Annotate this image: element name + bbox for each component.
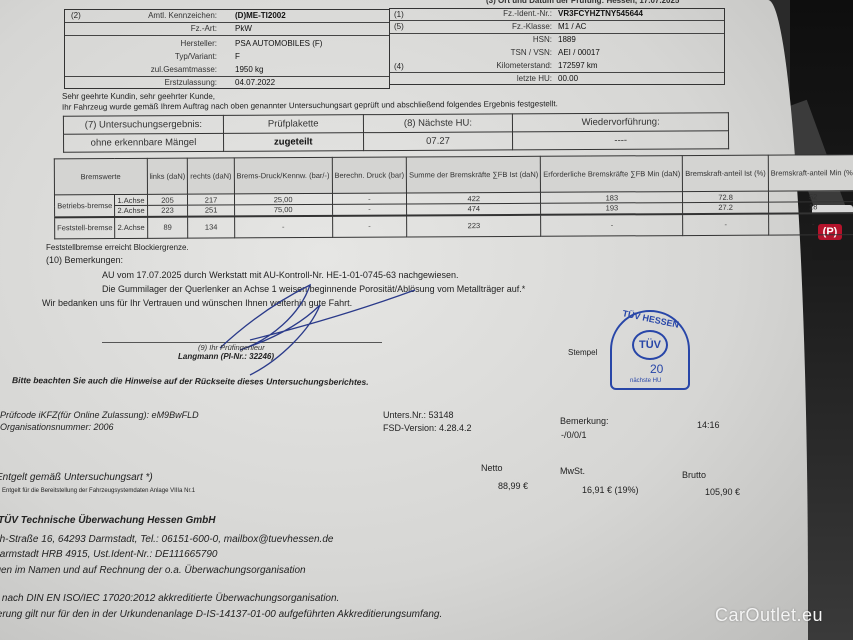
inspection-number: Unters.Nr.: 53148 — [383, 410, 454, 420]
signature-role: (9) Ihr Prüfingenieur — [198, 343, 265, 352]
fee-title: Entgelt gemäß Untersuchungsart *) — [0, 472, 153, 483]
brake-cell: 72.8 — [683, 191, 768, 202]
section-number: (1) — [394, 10, 404, 19]
gross-weight-label: zul.Gesamtmasse: — [151, 65, 217, 74]
vehicle-data-left: (2) Amtl. Kennzeichen: (D)ME-TI2002 Fz.-… — [64, 9, 390, 89]
stamp-label: Stempel — [568, 348, 597, 357]
section-number: (5) — [394, 22, 404, 31]
axle-cell: 1.Achse — [115, 194, 147, 205]
stamp-number: 20 — [650, 362, 663, 376]
gross-weight-value: 1950 kg — [235, 65, 263, 74]
brake-cell: - — [541, 214, 683, 237]
inspection-report: (3) Ort und Datum der Prüfung: Hessen, 1… — [0, 0, 808, 640]
sticker-header: Prüfplakette — [223, 115, 363, 134]
result-header: (7) Untersuchungsergebnis: — [63, 115, 223, 134]
vin-label: Fz.-Ident.-Nr.: — [503, 9, 552, 18]
agency-note: Prüfungen erfolgen im Namen und auf Rech… — [0, 565, 306, 576]
brake-cell: 89 — [147, 216, 188, 238]
brake-cell: 75,00 — [234, 204, 332, 216]
odometer-value: 172597 km — [558, 61, 598, 70]
vehicle-class-label: Fz.-Klasse: — [512, 22, 552, 31]
manufacturer-value: PSA AUTOMOBILES (F) — [235, 39, 322, 48]
remarks-title: (10) Bemerkungen: — [46, 255, 123, 265]
brake-cell: 134 — [188, 216, 234, 238]
brake-note: Feststellbremse erreicht Blockiergrenze. — [46, 243, 189, 252]
brake-cell: 223 — [407, 214, 541, 237]
section-number: (2) — [71, 11, 81, 20]
company-register: Amtsgericht Darmstadt HRB 4915, Ust.Iden… — [0, 549, 218, 560]
fsd-version: FSD-Version: 4.28.4.2 — [383, 423, 472, 433]
org-number: Organisationsnummer: 2006 — [0, 422, 114, 432]
plate-value: (D)ME-TI2002 — [235, 11, 286, 20]
result-table: (7) Untersuchungsergebnis: Prüfplakette … — [63, 112, 729, 152]
reinspection-value: ---- — [513, 131, 729, 150]
next-hu-value: 07.27 — [363, 132, 513, 151]
tuv-logo-icon: TÜV — [632, 330, 668, 360]
accreditation-line: Durch die DAkkS nach DIN EN ISO/IEC 1702… — [0, 593, 339, 604]
brake-col-header: Bremswerte — [54, 158, 147, 194]
brake-col-header: rechts (daN) — [188, 158, 234, 194]
tuv-stamp: TÜV HESSEN TÜV 20 nächste HU — [610, 310, 690, 390]
brake-col-header: Erforderliche Bremskräfte ∑FB Min (daN) — [541, 156, 683, 193]
tsn-vsn-label: TSN / VSN: — [511, 48, 552, 57]
brake-col-header: Summe der Bremskräfte ∑FB Ist (daN) — [406, 156, 540, 193]
type-variant-value: F — [235, 52, 240, 61]
manufacturer-label: Hersteller: — [181, 39, 217, 48]
brutto-value: 105,90 € — [705, 487, 740, 497]
type-variant-label: Typ/Variant: — [175, 52, 217, 61]
brutto-label: Brutto — [682, 470, 706, 480]
next-hu-header: (8) Nächste HU: — [363, 114, 513, 133]
brake-cell: 205 — [147, 194, 188, 205]
brake-cell: 183 — [541, 192, 683, 204]
accreditation-line: Die Akkreditierung gilt nur für den in d… — [0, 609, 442, 620]
first-registration-label: Erstzulassung: — [165, 78, 217, 87]
signature-name: Langmann (PI-Nr.: 32246) — [178, 352, 274, 361]
brake-group-label: Betriebs-bremse — [54, 195, 115, 217]
brake-cell: 422 — [407, 192, 541, 204]
reinspection-header: Wiedervorführung: — [513, 113, 729, 132]
result-value: ohne erkennbare Mängel — [64, 133, 224, 152]
mwst-value: 16,91 € (19%) — [582, 485, 639, 495]
stamp-text: TÜV HESSEN — [622, 308, 680, 330]
carout-watermark: CarOutlet.eu — [715, 605, 823, 626]
brake-col-header: Bremskraft-anteil Ist (%) — [683, 155, 769, 191]
axle-cell: 2.Achse — [115, 216, 147, 238]
remark-line: AU vom 17.07.2025 durch Werkstatt mit AU… — [102, 270, 459, 280]
tsn-vsn-value: AEI / 00017 — [558, 48, 600, 57]
brake-cell: 217 — [188, 194, 234, 205]
brake-cell: - — [234, 215, 332, 238]
vehicle-data-right: (1) Fz.-Ident.-Nr.: VR3FCYHZTNY545644 (5… — [389, 8, 725, 85]
plate-label: Amtl. Kennzeichen: — [148, 11, 217, 20]
brake-col-header: Berechn. Druck (bar) — [332, 157, 407, 193]
odometer-label: Kilometerstand: — [496, 61, 552, 70]
signature-scribble — [190, 280, 420, 380]
company-name: TÜV Technische Überwachung Hessen GmbH — [0, 515, 215, 526]
brake-cell: - — [683, 213, 769, 235]
last-inspection-value: 00.00 — [558, 74, 578, 83]
brake-col-header: Bremskraft-anteil Min (%) — [768, 155, 853, 191]
brake-cell: 474 — [407, 203, 541, 215]
inspection-place-date: (3) Ort und Datum der Prüfung: Hessen, 1… — [486, 0, 679, 5]
inspection-time: 14:16 — [697, 420, 720, 430]
table-row: Feststell-bremse 2.Achse 89 134 - - 223 … — [55, 212, 853, 239]
brake-cell: 223 — [147, 205, 188, 216]
axle-cell: 2.Achse — [115, 205, 147, 216]
first-registration-value: 04.07.2022 — [235, 78, 275, 87]
brake-cell: - — [332, 215, 407, 237]
sticker-value: zugeteilt — [223, 133, 363, 152]
brake-cell: 25,00 — [234, 193, 332, 205]
bemerkung-label: Bemerkung: — [560, 416, 609, 426]
vehicle-class-value: M1 / AC — [558, 22, 586, 31]
last-inspection-label: letzte HU: — [517, 74, 552, 83]
brake-cell: 251 — [188, 205, 234, 216]
company-address: Robert-Bosch-Straße 16, 64293 Darmstadt,… — [0, 534, 333, 545]
vehicle-type-value: PkW — [235, 24, 252, 33]
mwst-label: MwSt. — [560, 466, 585, 476]
bemerkung-value: -/0/0/1 — [561, 430, 587, 440]
netto-value: 88,99 € — [498, 481, 528, 491]
hsn-label: HSN: — [533, 35, 552, 44]
brake-col-header: Brems-Druck/Kennw. (bar/-) — [234, 157, 332, 194]
brake-cell: - — [768, 213, 853, 235]
brake-cell: 18 — [768, 202, 853, 213]
brake-table: Bremswerte links (daN) rechts (daN) Brem… — [54, 154, 853, 240]
brake-cell: 52 — [768, 191, 853, 202]
fee-subnote: *) Entgelt für die Bereitstellung der Fa… — [0, 488, 195, 494]
brake-col-header: links (daN) — [147, 158, 188, 194]
vehicle-type-label: Fz.-Art: — [191, 24, 217, 33]
brake-cell: 27.2 — [683, 202, 768, 213]
netto-label: Netto — [481, 463, 503, 473]
reverse-notice: Bitte beachten Sie auch die Hinweise auf… — [12, 375, 369, 387]
stamp-next: nächste HU — [630, 378, 661, 384]
brake-group-label: Feststell-bremse — [55, 217, 116, 239]
hsn-value: 1889 — [558, 35, 576, 44]
brake-cell: - — [332, 193, 407, 204]
greeting-intro: Ihr Fahrzeug wurde gemäß Ihrem Auftrag n… — [62, 99, 558, 111]
vin-value: VR3FCYHZTNY545644 — [558, 9, 643, 18]
section-number: (4) — [394, 62, 404, 71]
greeting-line: Sehr geehrte Kundin, sehr geehrter Kunde… — [62, 92, 215, 101]
brake-cell: - — [332, 204, 407, 215]
brake-cell: 193 — [541, 203, 683, 215]
pruefcode: Prüfcode iKFZ(für Online Zulassung): eM9… — [0, 410, 199, 420]
